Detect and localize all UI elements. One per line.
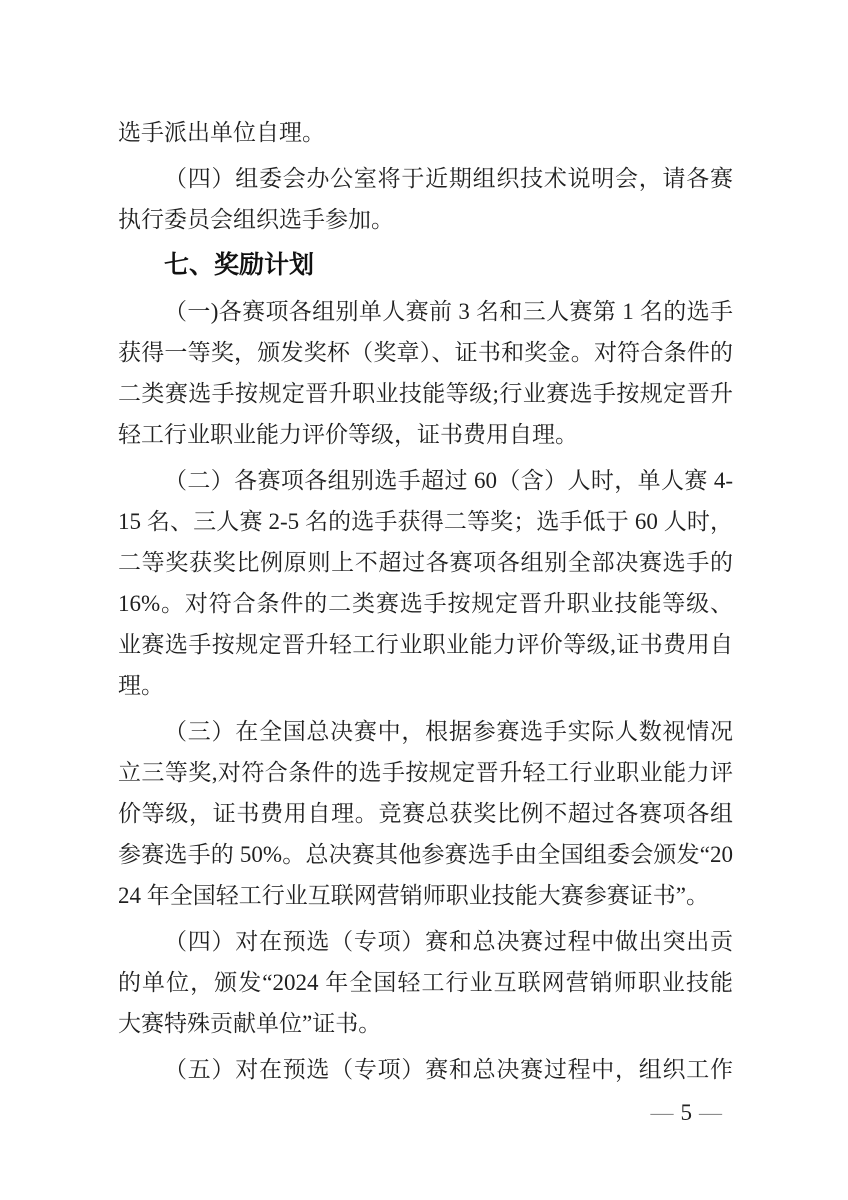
- page-footer: —5—: [118, 1100, 733, 1126]
- text-line: 业赛选手按规定晋升轻工行业职业能力评价等级,证书费用自: [118, 624, 733, 665]
- document-content: 选手派出单位自理。（四）组委会办公室将于近期组织技术说明会，请各赛区执行委员会组…: [118, 112, 733, 1126]
- section-heading: 七、奖励计划: [118, 245, 733, 286]
- text-line: 参赛选手的 50%。总决赛其他参赛选手由全国组委会颁发“20: [118, 834, 733, 875]
- text-line: （二）各赛项各组别选手超过 60（含）人时，单人赛 4-: [118, 460, 733, 501]
- page-number-dash-right: —: [699, 1100, 722, 1125]
- document-page: 选手派出单位自理。（四）组委会办公室将于近期组织技术说明会，请各赛区执行委员会组…: [0, 0, 848, 1200]
- text-line: 立三等奖,对符合条件的选手按规定晋升轻工行业职业能力评: [118, 752, 733, 793]
- page-number: 5: [681, 1100, 693, 1125]
- text-line: （一)各赛项各组别单人赛前 3 名和三人赛第 1 名的选手: [118, 291, 733, 332]
- text-line: （四）组委会办公室将于近期组织技术说明会，请各赛区: [118, 158, 733, 199]
- text-line: 获得一等奖，颁发奖杯（奖章）、证书和奖金。对符合条件的: [118, 332, 733, 373]
- text-line: 轻工行业职业能力评价等级，证书费用自理。: [118, 414, 733, 455]
- text-line: 大赛特殊贡献单位”证书。: [118, 1003, 733, 1044]
- text-line: 15 名、三人赛 2-5 名的选手获得二等奖；选手低于 60 人时，: [118, 501, 733, 542]
- text-line: 选手派出单位自理。: [118, 112, 733, 153]
- text-line: 24 年全国轻工行业互联网营销师职业技能大赛参赛证书”。: [118, 875, 733, 916]
- text-line: 价等级，证书费用自理。竞赛总获奖比例不超过各赛项各组别: [118, 793, 733, 834]
- text-line: 执行委员会组织选手参加。: [118, 199, 733, 240]
- text-line: （三）在全国总决赛中，根据参赛选手实际人数视情况设: [118, 711, 733, 752]
- text-line: 的单位，颁发“2024 年全国轻工行业互联网营销师职业技能: [118, 962, 733, 1003]
- document-body: 选手派出单位自理。（四）组委会办公室将于近期组织技术说明会，请各赛区执行委员会组…: [118, 112, 733, 1090]
- text-line: 二类赛选手按规定晋升职业技能等级;行业赛选手按规定晋升: [118, 373, 733, 414]
- text-line: 二等奖获奖比例原则上不超过各赛项各组别全部决赛选手的: [118, 542, 733, 583]
- text-line: （四）对在预选（专项）赛和总决赛过程中做出突出贡献: [118, 921, 733, 962]
- page-number-dash-left: —: [651, 1100, 674, 1125]
- text-line: 理。: [118, 665, 733, 706]
- text-line: 16%。对符合条件的二类赛选手按规定晋升职业技能等级、行: [118, 583, 733, 624]
- text-line: （五）对在预选（专项）赛和总决赛过程中，组织工作成: [118, 1049, 733, 1090]
